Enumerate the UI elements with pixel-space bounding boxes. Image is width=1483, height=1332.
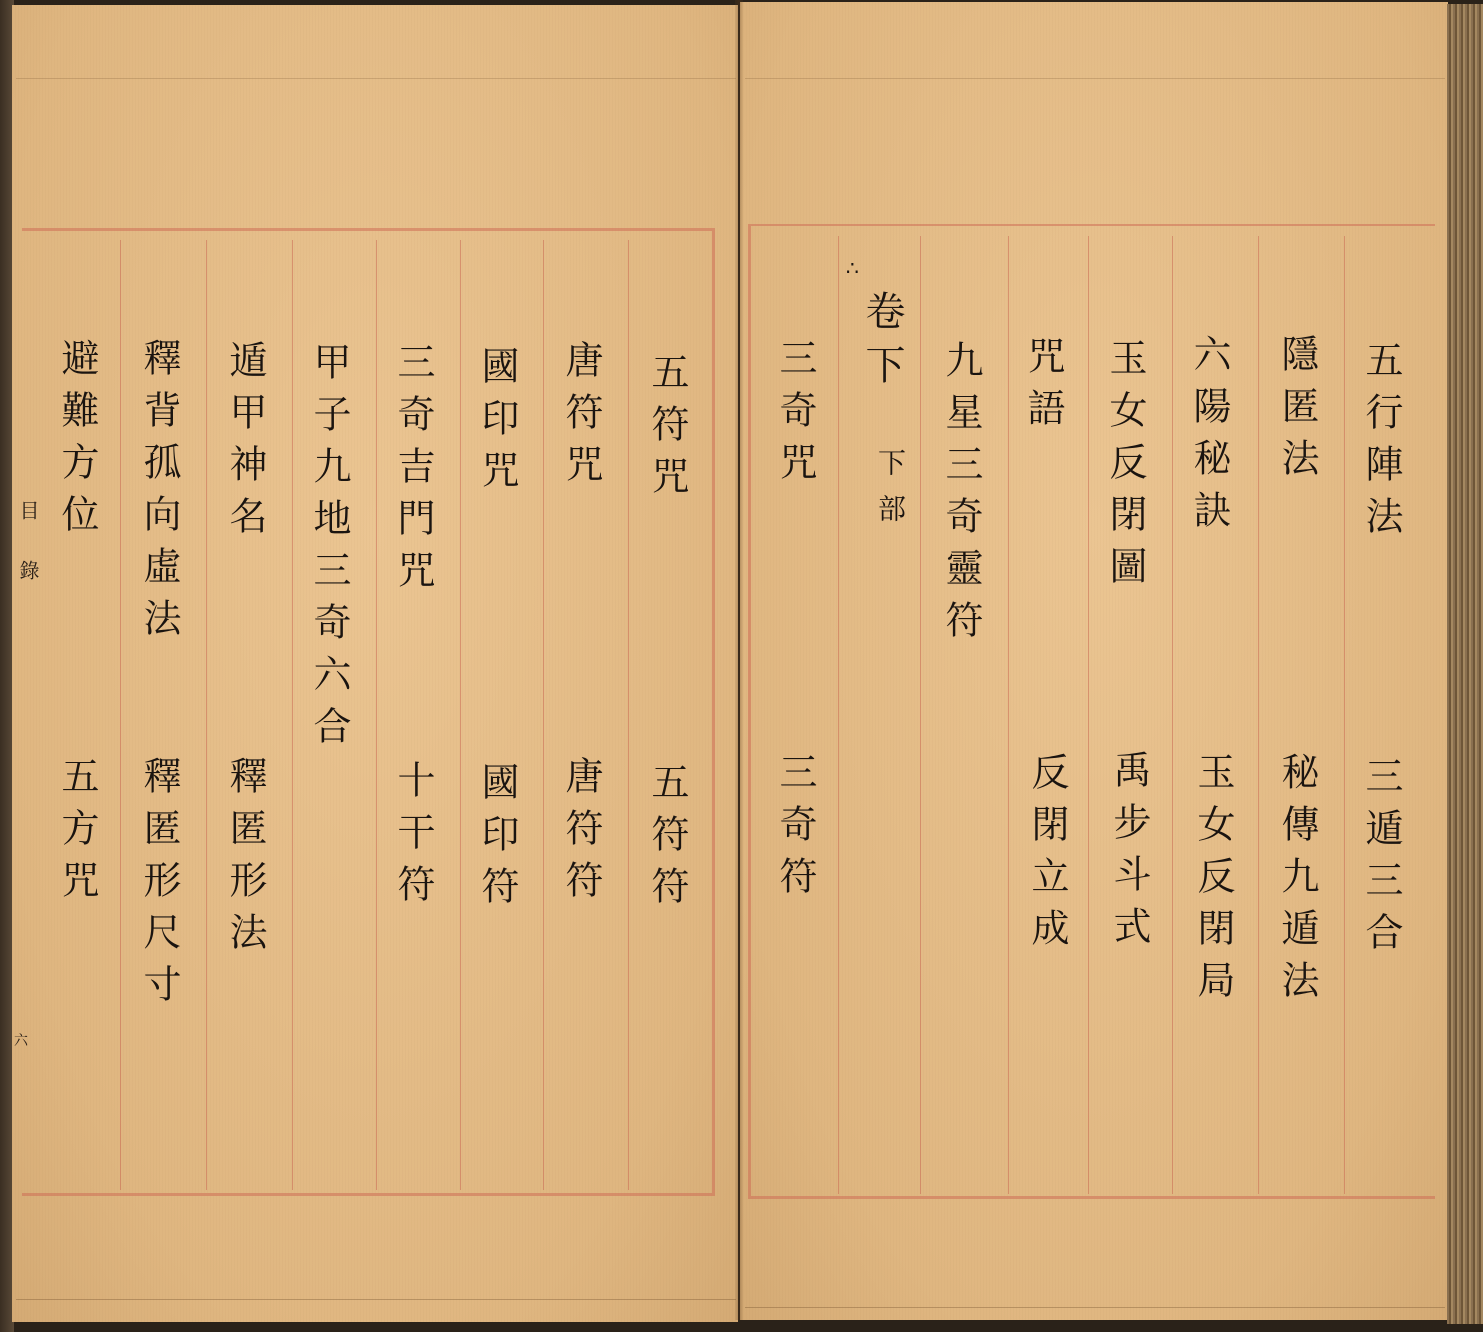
toc-entry: 釋背孤向虛法	[140, 338, 178, 650]
column-rule	[1172, 236, 1173, 1194]
column-rule	[120, 240, 121, 1190]
section-marks: ∴	[846, 262, 859, 274]
toc-entry: 十干符	[394, 760, 432, 916]
toc-entry: 遁甲神名	[226, 340, 264, 548]
column-rule	[460, 240, 461, 1190]
column-rule	[1008, 236, 1009, 1194]
column-rule	[292, 240, 293, 1190]
column-rule	[920, 236, 921, 1194]
margin-label: 目錄	[14, 500, 43, 620]
toc-entry: 反閉立成	[1028, 752, 1066, 960]
toc-entry: 唐符符	[562, 756, 600, 912]
column-rule	[1258, 236, 1259, 1194]
toc-entry: 甲子九地三奇六合	[310, 342, 348, 758]
toc-entry: 三奇符	[776, 752, 814, 908]
column-rule	[1088, 236, 1089, 1194]
page-number: 六	[14, 1030, 28, 1050]
toc-entry: 九星三奇靈符	[942, 340, 980, 652]
column-rule	[838, 236, 839, 1194]
toc-entry: 五行陣法	[1362, 340, 1400, 548]
volume-heading: 卷下	[862, 290, 902, 398]
toc-entry: 咒語	[1024, 336, 1062, 440]
toc-entry: 國印符	[478, 762, 516, 918]
toc-entry: 玉女反閉圖	[1106, 338, 1144, 598]
toc-entry: 釋匿形法	[226, 756, 264, 964]
column-rule	[206, 240, 207, 1190]
toc-entry: 三遁三合	[1362, 756, 1400, 964]
toc-entry: 隱匿法	[1278, 334, 1316, 490]
toc-entry: 避難方位	[58, 338, 96, 546]
center-gutter	[735, 0, 743, 1320]
book-spread: 目錄 六 五符咒 五符符 唐符咒 唐符符 國印咒 國印符 三奇吉門咒 十干符 甲…	[0, 0, 1483, 1332]
toc-entry: 五方咒	[58, 756, 96, 912]
column-rule	[376, 240, 377, 1190]
toc-entry: 五符咒	[648, 352, 686, 508]
column-rule	[628, 240, 629, 1190]
toc-entry: 六陽秘訣	[1190, 334, 1228, 542]
toc-entry: 國印咒	[478, 346, 516, 502]
toc-entry: 三奇吉門咒	[394, 342, 432, 602]
toc-entry: 三奇咒	[776, 338, 814, 494]
toc-entry: 釋匿形尺寸	[140, 756, 178, 1016]
page-edges	[1447, 4, 1483, 1324]
right-page-frame	[748, 224, 1435, 1199]
toc-entry: 禹步斗式	[1110, 750, 1148, 958]
toc-entry: 五符符	[648, 762, 686, 918]
volume-subheading: 下部	[876, 448, 904, 540]
toc-entry: 秘傳九遁法	[1278, 752, 1316, 1012]
column-rule	[543, 240, 544, 1190]
toc-entry: 玉女反閉局	[1194, 752, 1232, 1012]
column-rule	[1344, 236, 1345, 1194]
toc-entry: 唐符咒	[562, 340, 600, 496]
left-page-frame	[22, 228, 715, 1196]
